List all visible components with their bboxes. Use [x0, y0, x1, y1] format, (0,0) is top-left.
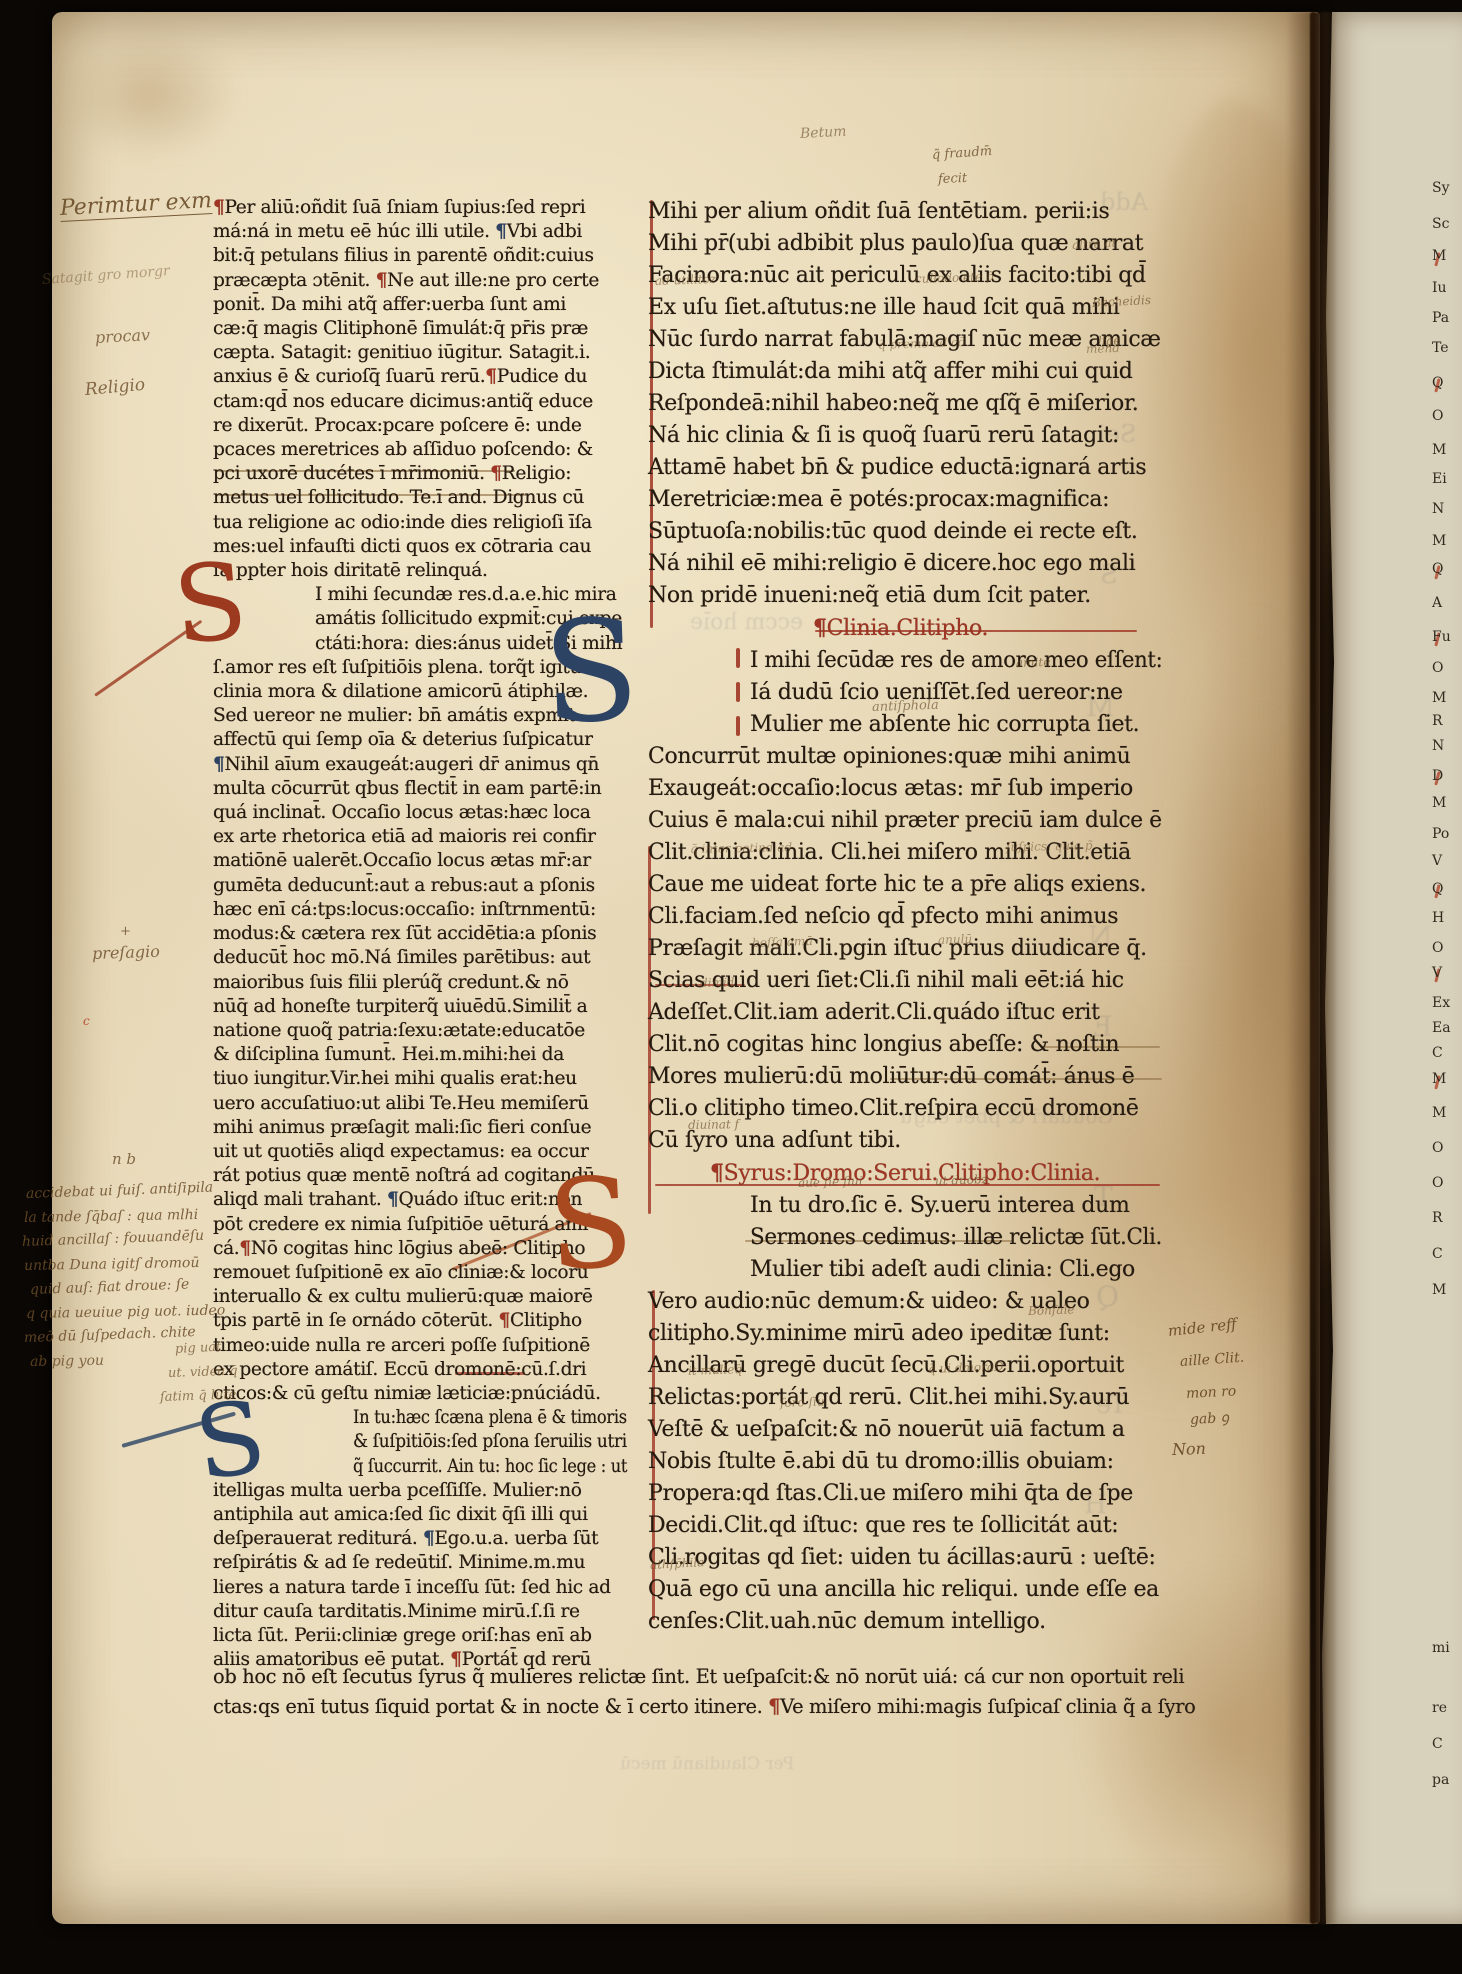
decorated-initial-S: S [541, 608, 641, 737]
letter-fragment: M [1432, 442, 1446, 458]
right-text-column: Mihi per alium oñdit ſuā ſentētiam. peri… [648, 196, 1162, 1638]
letter-fragment: Sc [1432, 216, 1449, 232]
letter-fragment: H [1432, 910, 1444, 926]
text-line: & diſciplina ſumunt̄. Hei.m.mihi:hei da [213, 1043, 627, 1067]
handwritten-note: pig uat [175, 1340, 222, 1357]
handwritten-note: antiſphola [872, 698, 939, 715]
text-line: tiuo iungitur.Vir.hei mihi qualis erat:h… [213, 1067, 627, 1091]
decorated-initial-S: S [170, 553, 251, 654]
letter-fragment: Iu [1432, 280, 1447, 296]
text-line: mes:uel infauſti dicti quos ex cōtraria … [213, 535, 627, 559]
letter-fragment: R [1432, 713, 1443, 729]
text-line: cticos:& cū geſtu nimiæ læticiæ:pnúciádū… [213, 1382, 627, 1406]
text-line: multa cōcurrūt qbus flectit̄ in eam part… [213, 777, 627, 801]
handwritten-note: mon ro [1186, 1383, 1237, 1402]
text-line: ctas:qs enī tutus ſiquid portat & in noc… [213, 1692, 1239, 1722]
backdrop-bottom [0, 1926, 1462, 1974]
handwritten-note: q̃ ui dmoraD [928, 1359, 1004, 1376]
letter-fragment: M [1432, 795, 1446, 811]
text-line: In tu dro.ſic ē. Sy.uerū interea dum [750, 1190, 1162, 1222]
letter-fragment: M [1432, 533, 1446, 549]
letter-fragment: M [1432, 1105, 1446, 1121]
handwritten-note: n b [112, 1150, 136, 1168]
letter-fragment: Pa [1432, 310, 1449, 326]
letter-fragment: V [1432, 965, 1442, 981]
text-line: Nobis ſtulte ē.abi dū tu dromo:illis obu… [648, 1446, 1162, 1478]
handwritten-note: diuinat f [688, 1117, 739, 1132]
text-line: reſpirátis & ad ſe redeūtiſ. Minime.m.mu [213, 1551, 627, 1575]
binding-crease [1310, 12, 1316, 1924]
text-line: Mulier me abſente hic corrupta ſiet. [750, 709, 1162, 741]
text-line: ctam:qd̄ nos educare dicimus:antiq̃ educ… [213, 390, 627, 414]
text-line: Facinora:nūc ait periculū ex aliis facit… [648, 260, 1162, 292]
handwritten-note: liḡe [1098, 333, 1121, 348]
text-line: Ná nihil eē mihi:religio ē dicere.hoc eg… [648, 548, 1162, 580]
text-line: Mihi per alium oñdit ſuā ſentētiam. peri… [648, 196, 1162, 228]
handwritten-note: anulū [938, 932, 973, 947]
letter-fragment: Po [1432, 826, 1449, 842]
handwritten-note: q̃ inter potind ad [690, 840, 792, 856]
letter-fragment: O [1432, 940, 1443, 956]
letter-fragment: C [1432, 1736, 1443, 1752]
text-line: gumēta deducunt̄:aut a rebus:aut a pſoni… [213, 874, 627, 898]
letter-fragment: O [1432, 660, 1443, 676]
text-line: antiphila aut amica:ſed ſic dixit q̄ſi i… [213, 1503, 627, 1527]
letter-fragment: M [1432, 248, 1446, 264]
letter-fragment: Q [1432, 375, 1443, 391]
text-line: ex arte rhetorica etiā ad maioris rei co… [213, 825, 627, 849]
handwritten-note: untba Duna igitſ dromoū [24, 1255, 200, 1274]
text-line: Sermones cedimus: illæ relictæ ſūt.Cli. [750, 1222, 1151, 1254]
letter-fragment: N [1432, 738, 1444, 754]
handwritten-note: altre at [1072, 236, 1117, 252]
text-line: Mores mulierū:dū moliūtur:dū comát̄: ánu… [648, 1061, 1162, 1093]
text-line: ditur cauſa tarditatis.Minime mirū.ſ.ſi … [213, 1600, 627, 1624]
text-line: clitipho.Sy.minime mirū adeo ipeditæ ſun… [648, 1318, 1162, 1350]
letter-fragment: Ea [1432, 1020, 1451, 1036]
left-text-column: ¶Per aliū:oñdit ſuā ſniam ſupius:ſed rep… [213, 196, 627, 1672]
handwritten-note: ſuſpics, quia p̃ [1006, 838, 1093, 854]
letter-fragment: C [1432, 1045, 1443, 1061]
text-line: anxius ē & curioſq̄ ſuarū rerū.¶Pudice d… [213, 365, 627, 389]
text-line: In tu:hæc ſcæna plena ē & timoris [353, 1406, 593, 1430]
letter-fragment: N [1432, 501, 1444, 517]
text-line: nūq̄ ad honeſte turpiterq̃ uiuēdū.Simili… [213, 995, 627, 1019]
letter-fragment: V [1432, 853, 1442, 869]
backdrop-left [0, 0, 54, 1974]
bottom-text-block: ob hoc nō eſt ſecutus ſyrus q̃ mulieres … [213, 1662, 1239, 1722]
text-line: Ex uſu ſiet.aſtutus:ne ille haud ſcit qu… [648, 292, 1162, 324]
text-line: Decidi.Clit.qd iſtuc: que res te ſollici… [648, 1510, 1162, 1542]
text-line: licta ſūt. Perii:cliniæ grege oriſ:has e… [213, 1624, 627, 1648]
text-line: timeo:uide nulla re arceri poſſe ſuſpiti… [213, 1334, 627, 1358]
letter-fragment: M [1432, 690, 1446, 706]
text-line: metus uel ſollicitudo. Te.ī and. Dignus … [213, 486, 627, 510]
text-line: ex pectore amátiſ. Eccū dromonē:cū.ſ.dri [213, 1358, 627, 1382]
handwritten-note: Bonſaīe [1028, 1302, 1075, 1318]
text-line: Sūptuoſa:nobilis:tūc quod deinde ei rect… [648, 516, 1162, 548]
decorated-initial-S: S [190, 1392, 270, 1491]
text-line: Cli.rogitas qd ſiet: uiden tu ácillas:au… [648, 1542, 1162, 1574]
letter-fragment: O [1432, 408, 1443, 424]
text-line: Exaugeát:occaſio:locus ætas: mr̄ ſub imp… [648, 773, 1162, 805]
letter-fragment: C [1432, 1246, 1443, 1262]
handwritten-note: cullodo ete p̃ [915, 269, 994, 286]
text-line: Præſagit mali.Cli.pgin iſtuc prius diiud… [648, 933, 1162, 965]
text-line: Attamē habet bn̄ & pudice eductā:ignará … [648, 452, 1162, 484]
text-line: má:ná in metu eē húc illi utile. ¶Vbi ad… [213, 220, 627, 244]
text-line: Caue me uideat forte hic te a pr̄e aliqs… [648, 869, 1162, 901]
text-line: Ná hic clinia & ſi is quoq̃ ſuarū rerū ſ… [648, 420, 1162, 452]
text-line: deducūt̄ hoc mō.Ná ſimiles parētibus: au… [213, 946, 627, 970]
text-line: Dicta ſtimulát:da mihi atq̃ affer mihi c… [648, 356, 1162, 388]
letter-fragment: Te [1432, 340, 1449, 356]
letter-fragment: D [1432, 768, 1443, 784]
letter-fragment: O [1432, 1175, 1443, 1191]
text-line: matiōnē ualerēt.Occaſio locus ætas mr̄:a… [213, 849, 627, 873]
letter-fragment: M [1432, 1071, 1446, 1087]
text-line: pci uxorē ducétes ī mr̄imoniū. ¶Religio: [213, 462, 627, 486]
handwritten-note: boſſa amū [752, 934, 813, 950]
letter-fragment: Ei [1432, 471, 1447, 487]
handwritten-note: ſatim q̄ lute [160, 1387, 237, 1405]
handwritten-note: ut. videa q̄ [168, 1364, 238, 1381]
text-line: tpis partē in ſe ornádo cōterūt. ¶Clitip… [213, 1309, 627, 1333]
text-line: deſperauerat rediturá. ¶Ego.u.a. uerba ſ… [213, 1527, 627, 1551]
text-line: Quā ego cū una ancilla hic reliqui. unde… [648, 1574, 1162, 1606]
text-line: pcaces meretrices ab aſſiduo poſcendo: & [213, 438, 627, 462]
letter-fragment: R [1432, 1210, 1443, 1226]
handwritten-note: athſp̄hila [650, 1555, 705, 1572]
text-line: natione quoq̃ patria:ſexu:ætate:educatōe [213, 1019, 627, 1043]
text-line: hæc enī cá:tps:locus:occaſio: inſtrnment… [213, 898, 627, 922]
handwritten-note: ſoro ſiu [780, 1394, 825, 1410]
text-line: ob hoc nō eſt ſecutus ſyrus q̃ mulieres … [213, 1662, 1239, 1692]
text-line: Adeſſet.Clit.iam aderit.Cli.quádo iſtuc … [648, 997, 1162, 1029]
letter-fragment: Ex [1432, 995, 1450, 1011]
handwritten-note: ab pig you [30, 1353, 104, 1370]
handwritten-note: preſagio [92, 942, 160, 963]
handwritten-note: dimid [700, 975, 735, 990]
handwritten-note: Non [1172, 1439, 1207, 1459]
text-line: mihi animus præſagit mali:ſic fieri conſ… [213, 1116, 627, 1140]
text-line: ¶Nihil aīum exaugeát:augeri dr̄ animus q… [213, 753, 627, 777]
text-line: Mulier tibi adeſt audi clinia: Cli.ego [750, 1254, 1162, 1286]
letter-fragment: Fu [1432, 629, 1451, 645]
text-line: q̃ ſuccurrit. Ain tu: hoc ſic lege : ut [353, 1455, 592, 1479]
letter-fragment: re [1432, 1700, 1447, 1716]
handwritten-note: amite [1016, 655, 1051, 670]
handwritten-note: procav [95, 325, 151, 347]
letter-fragment: A [1432, 595, 1442, 611]
text-line: modus:& cætera rex ſūt accidētia:a pſoni… [213, 922, 627, 946]
text-line: Veſtē & ueſpaſcit:& nō nouerūt uiā factu… [648, 1414, 1162, 1446]
text-line: bit:q̄ petulans filius in parentē oñdit:… [213, 244, 627, 268]
letter-fragment: O [1432, 1140, 1443, 1156]
text-line: Cuius ē mala:cui nihil præter preciū iam… [648, 805, 1152, 837]
handwritten-note: ut duobz [935, 1172, 988, 1188]
letter-fragment: M [1432, 1282, 1446, 1298]
text-line: ¶Per aliū:oñdit ſuā ſniam ſupius:ſed rep… [213, 196, 627, 220]
text-line: ſa ppter hois diritatē relinquá. [213, 559, 627, 583]
text-line: Non pridē inueni:neq̃ etiā dum ſcit pate… [648, 580, 1162, 612]
handwritten-note: + [120, 924, 131, 939]
text-line: præcæpta ɔtēnit. ¶Ne aut ille:ne pro cer… [213, 269, 627, 293]
letter-fragment: mi [1432, 1640, 1450, 1656]
text-line: I mihi ſecūdæ res de amore meo eſſent: [750, 645, 1147, 677]
text-line: Propera:qd ſtas.Cli.ue miſero mihi q̄ta … [648, 1478, 1162, 1510]
handwritten-note: la tande ſq̄baſ : qua mlhi [24, 1207, 198, 1226]
decorated-initial-S: S [545, 1168, 636, 1284]
ghost-text: Per Claudianū mecū [620, 1754, 794, 1774]
text-line: lieres a natura tarde ī inceſſu ſūt: ſed… [213, 1576, 627, 1600]
text-line: Clit.nō cogitas hinc longius abeſſe: & n… [648, 1029, 1162, 1061]
handwritten-note: c [83, 1014, 90, 1028]
text-line: & ſuſpitiōis:ſed pſona ſeruilis utri [353, 1430, 602, 1454]
letter-fragment: pa [1432, 1772, 1449, 1788]
letter-fragment: Q [1432, 881, 1443, 897]
text-line: Concurrūt multæ opiniones:quæ mihi animū [648, 741, 1162, 773]
text-line: cæ:q̄ magis Clitiphonē ſimulát:q̄ pr̄is … [213, 317, 627, 341]
handwritten-note: Betum [800, 124, 847, 142]
handwritten-note: fecit [938, 171, 968, 187]
text-line: itelligas multa uerba pceſſiſſe. Mulier:… [213, 1479, 627, 1503]
text-line: Relictas:portát qd rerū. Clit.hei mihi.S… [648, 1382, 1162, 1414]
handwritten-note: gab ꝯ [1190, 1408, 1230, 1429]
text-line: ¶Clinia.Clitipho. [813, 612, 1162, 645]
handwritten-note: aue ſie fiui [798, 1174, 863, 1190]
text-line: Vero audio:nūc demum:& uideo: & ualeo [648, 1286, 1162, 1318]
text-line: ponit̄. Da mihi atq̃ affer:uerba ſunt am… [213, 293, 627, 317]
text-line: maioribus ſuis filii plerúq̃ credunt.& n… [213, 971, 627, 995]
scanned-book-photo: { "document": { "description_title": "In… [0, 0, 1462, 1974]
text-line: Reſpondeā:nihil habeo:neq̃ me qſq̃ ē miſ… [648, 388, 1162, 420]
handwritten-note: ad utilitoz [655, 272, 717, 288]
text-line: quá inclinat̄. Occaſio locus ætas:hæc lo… [213, 801, 627, 825]
text-line: uero accuſatiuo:ut alibi Te.Heu memiſerū [213, 1092, 627, 1116]
text-line: cenſes:Clit.uah.nūc demum intelligo. [648, 1606, 1162, 1638]
letter-fragment: Sy [1432, 180, 1450, 196]
text-line: Meretriciæ:mea ē potés:procax:magnifica: [648, 484, 1162, 516]
letter-fragment: Q [1432, 561, 1443, 577]
text-line: cæpta. Satagit: genitiuo iūgitur. Satagi… [213, 341, 627, 365]
text-line: Cli.faciam.ſed neſcio qd̄ pfecto mihi an… [648, 901, 1162, 933]
text-line: re dixerūt. Procax:pcare poſcere ē: unde [213, 414, 627, 438]
handwritten-note: it mulieq̄ [688, 1362, 743, 1378]
text-line: Iá dudū ſcio ueniſſēt.ſed uereor:ne [750, 677, 1162, 709]
text-line: tua religione ac odio:inde dies religioſ… [213, 511, 627, 535]
